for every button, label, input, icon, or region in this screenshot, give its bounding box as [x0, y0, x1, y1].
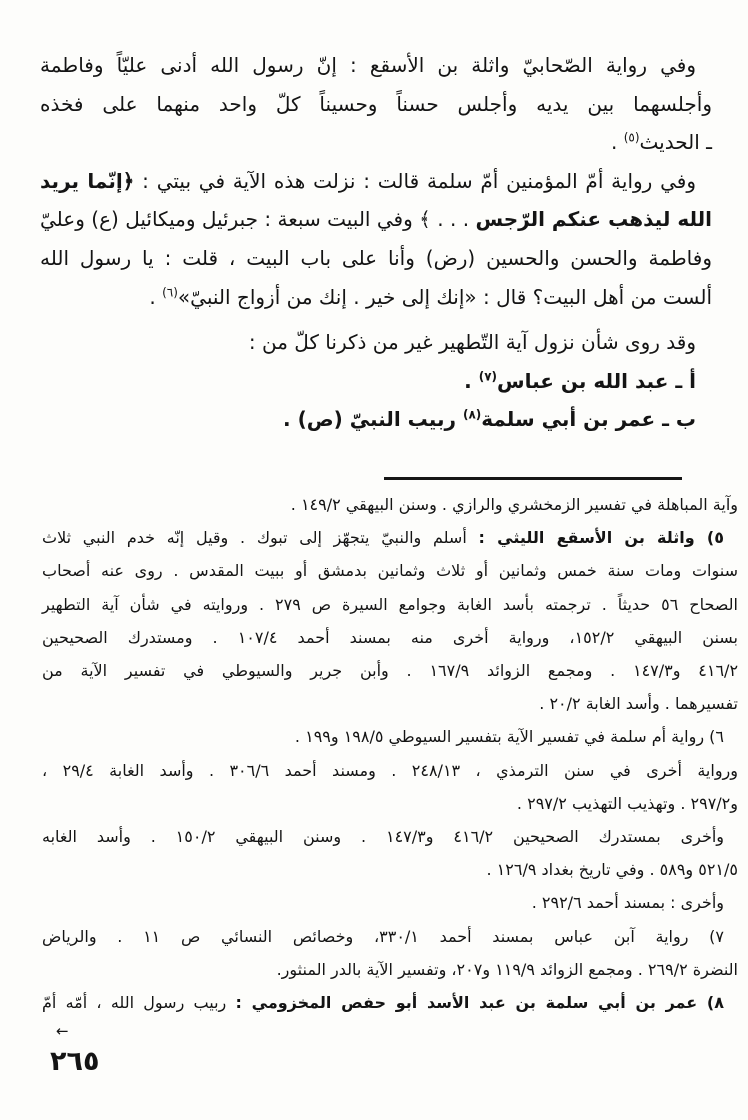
footnote-marker: (٥) — [624, 131, 640, 145]
body-line: وفاطمة والحسن والحسين (رض) وأنا على باب … — [40, 239, 712, 278]
footnote-text: سنوات ومات سنة خمس وثمانين أو ثلاث وثمان… — [42, 561, 738, 580]
body-line-text: . — [464, 369, 479, 393]
footnote-text: أسلم والنبيّ يتجهّز إلى تبوك . وقيل إنّه… — [42, 528, 479, 547]
footnotes: وآية المباهلة في تفسير الزمخشري والرازي … — [42, 488, 738, 1019]
body-line: ـ الحديث(٥) . — [40, 123, 712, 162]
footnote-text: وآية المباهلة في تفسير الزمخشري والرازي … — [291, 495, 738, 514]
footnote-line: ٤١٦/٢ و١٤٧/٣ . ومجمع الزوائد ١٦٧/٩ . وأب… — [42, 654, 738, 687]
body-line: ألست من أهل البيت؟ قال : «إنك إلى خير . … — [40, 278, 712, 317]
footnote-marker: (٦) — [162, 285, 178, 299]
footnote-text: ورواية أخرى في سنن الترمذي ، ٢٤٨/١٣ . وم… — [42, 761, 738, 780]
body-line-text: وفاطمة والحسن والحسين (رض) وأنا على باب … — [40, 246, 712, 270]
continuation-arrow-icon: ← — [56, 1022, 69, 1040]
footnote-line: ٥) واثلة بن الأسقع الليثي : أسلم والنبيّ… — [42, 521, 738, 554]
footnote-marker: (٨) — [463, 408, 481, 422]
footnote-line: ٧) رواية آبن عباس بمسند أحمد ٣٣٠/١، وخصا… — [42, 920, 738, 953]
footnote-line: تفسيرهما . وأسد الغابة ٢٠/٢ . — [42, 687, 738, 720]
footnote-line: وأخرى بمستدرك الصحيحين ٤١٦/٢ و١٤٧/٣ . وس… — [42, 820, 738, 853]
body-line-text: وأجلسهما بين يديه وأجلس حسناً وحسيناً كل… — [40, 92, 712, 116]
footnote-line: ٥٢١/٥ و٥٨٩ . وفي تاريخ بغداد ١٢٦/٩ . — [42, 853, 738, 886]
footnote-marker: (٧) — [479, 369, 497, 383]
list-item: ب ـ عمر بن أبي سلمة(٨) ربيب النبيّ (ص) . — [40, 400, 712, 439]
footnote-line: ٨) عمر بن أبي سلمة بن عبد الأسد أبو حفص … — [42, 986, 738, 1019]
footnote-text: ٥٢١/٥ و٥٨٩ . وفي تاريخ بغداد ١٢٦/٩ . — [487, 860, 739, 879]
footnote-text: و٢٩٧/٢ . وتهذيب التهذيب ٢٩٧/٢ . — [517, 794, 738, 813]
book-page: وفي رواية الصّحابيّ واثلة بن الأسقع : إن… — [0, 0, 748, 1120]
footnote-line: و٢٩٧/٢ . وتهذيب التهذيب ٢٩٧/٢ . — [42, 787, 738, 820]
body-line: وأجلسهما بين يديه وأجلس حسناً وحسيناً كل… — [40, 85, 712, 124]
footnote-lead: ٥) واثلة بن الأسقع الليثي : — [479, 528, 724, 547]
footnote-text: ٦) رواية أم سلمة في تفسير الآية بتفسير ا… — [295, 727, 724, 746]
body-line-text: وفي رواية الصّحابيّ واثلة بن الأسقع : إن… — [40, 53, 696, 77]
footnote-text: وأخرى : بمسند أحمد ٢٩٢/٦ . — [532, 893, 724, 912]
footnote-line: الصحاح ٥٦ حديثاً . ترجمته بأسد الغابة وج… — [42, 588, 738, 621]
footnote-line: ٦) رواية أم سلمة في تفسير الآية بتفسير ا… — [42, 720, 738, 753]
footnote-text: ٤١٦/٢ و١٤٧/٣ . ومجمع الزوائد ١٦٧/٩ . وأب… — [42, 661, 738, 680]
page-number: ٢٦٥ — [50, 1046, 99, 1077]
list-item: أ ـ عبد الله بن عباس(٧) . — [40, 362, 712, 401]
footnote-lead: ٨) عمر بن أبي سلمة بن عبد الأسد أبو حفص … — [236, 993, 725, 1012]
body-line: وقد روى شأن نزول آية التّطهير غير من ذكر… — [40, 323, 712, 362]
body-line-text: أ ـ عبد الله بن عباس — [497, 369, 696, 393]
footnote-text: بسنن البيهقي ١٥٢/٢، ورواية أخرى منه بمسن… — [42, 628, 738, 647]
footnote-text: ٧) رواية آبن عباس بمسند أحمد ٣٣٠/١، وخصا… — [42, 927, 724, 946]
footnote-line: ورواية أخرى في سنن الترمذي ، ٢٤٨/١٣ . وم… — [42, 754, 738, 787]
body-line-text: . — [149, 285, 162, 309]
body-line-text: ـ الحديث — [640, 130, 712, 154]
footnote-text: وأخرى بمستدرك الصحيحين ٤١٦/٢ و١٤٧/٣ . وس… — [42, 827, 724, 846]
body-line: وفي رواية أمّ المؤمنين أمّ سلمة قالت : ن… — [40, 162, 712, 201]
body-line-text: ألست من أهل البيت؟ قال : «إنك إلى خير . … — [178, 285, 712, 309]
body-line-text: ب ـ عمر بن أبي سلمة — [481, 407, 696, 431]
body-line-text: . . . ﴾ وفي البيت سبعة : جبرئيل وميكائيل… — [40, 207, 475, 231]
quran-verse-text: الله ليذهب عنكم الرّجس — [475, 207, 712, 231]
body-line: وفي رواية الصّحابيّ واثلة بن الأسقع : إن… — [40, 46, 712, 85]
footnote-text: الصحاح ٥٦ حديثاً . ترجمته بأسد الغابة وج… — [42, 595, 738, 614]
body-line-text: وقد روى شأن نزول آية التّطهير غير من ذكر… — [249, 330, 696, 354]
footnote-line: وأخرى : بمسند أحمد ٢٩٢/٦ . — [42, 886, 738, 919]
quran-verse-text: ﴿إنّما يريد — [40, 169, 134, 193]
body-line: الله ليذهب عنكم الرّجس . . . ﴾ وفي البيت… — [40, 200, 712, 239]
footnote-line: سنوات ومات سنة خمس وثمانين أو ثلاث وثمان… — [42, 554, 738, 587]
footnote-line: النضرة ٢٦٩/٢ . ومجمع الزوائد ١١٩/٩ و٢٠٧،… — [42, 953, 738, 986]
footnote-separator — [384, 477, 682, 480]
footnote-line: بسنن البيهقي ١٥٢/٢، ورواية أخرى منه بمسن… — [42, 621, 738, 654]
body-line-text: ربيب النبيّ (ص) . — [283, 407, 463, 431]
footnote-text: تفسيرهما . وأسد الغابة ٢٠/٢ . — [539, 694, 738, 713]
body-line-text: . — [611, 130, 624, 154]
footnote-text: ربيب رسول الله ، أمّه أمّ — [42, 993, 236, 1012]
footnote-line: وآية المباهلة في تفسير الزمخشري والرازي … — [42, 488, 738, 521]
body-text: وفي رواية الصّحابيّ واثلة بن الأسقع : إن… — [40, 46, 712, 439]
footnote-text: النضرة ٢٦٩/٢ . ومجمع الزوائد ١١٩/٩ و٢٠٧،… — [277, 960, 738, 979]
body-line-text: وفي رواية أمّ المؤمنين أمّ سلمة قالت : ن… — [134, 169, 696, 193]
